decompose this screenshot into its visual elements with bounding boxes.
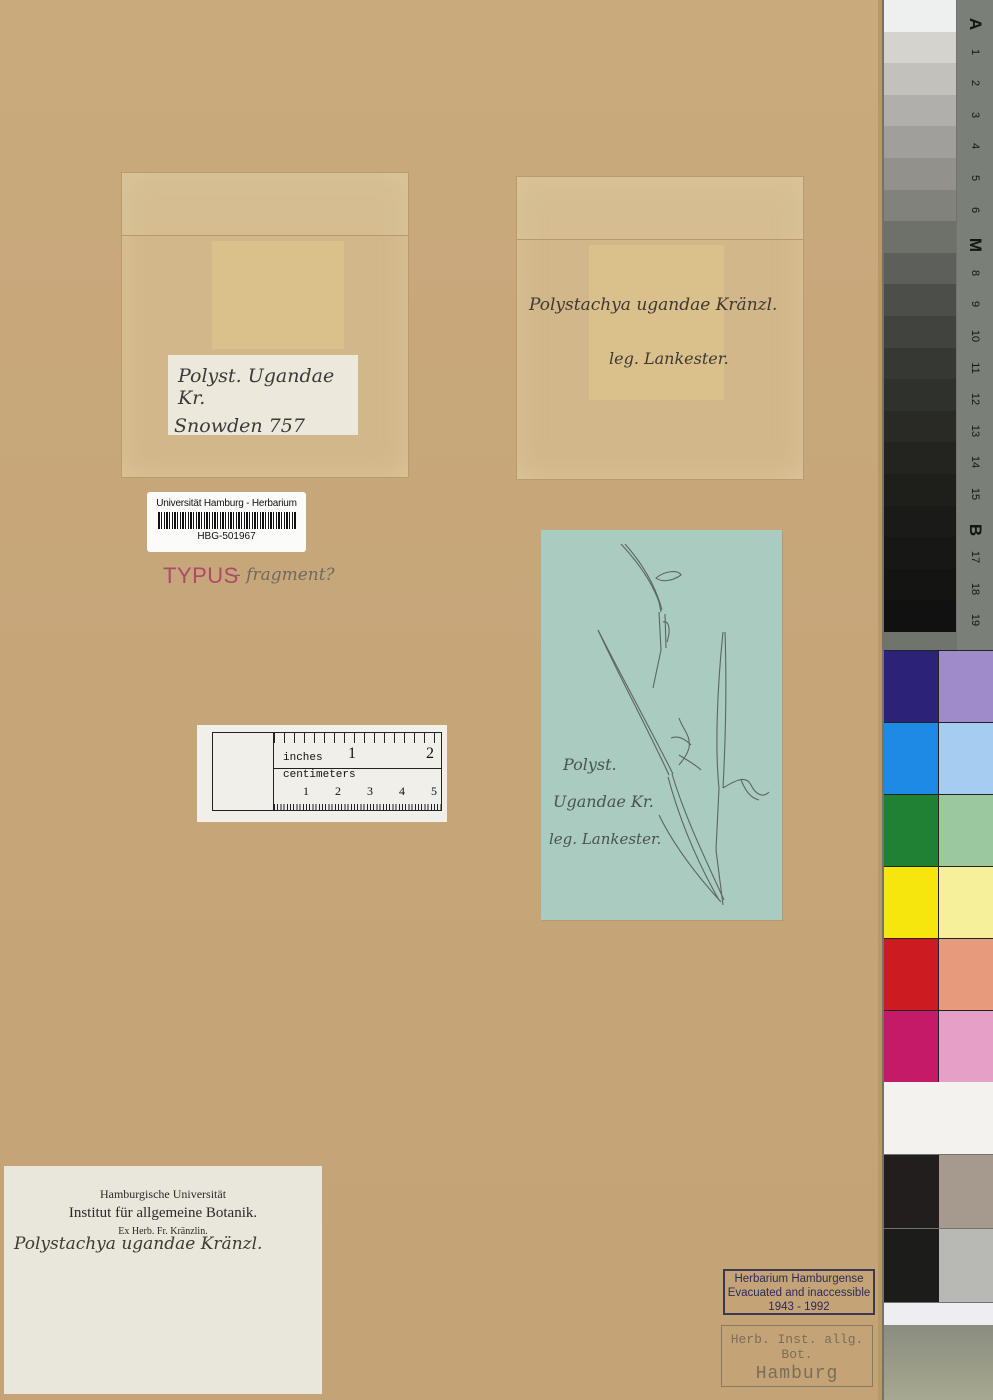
color-patch <box>884 867 939 938</box>
typus-note: - fragment? <box>235 565 335 585</box>
cm-ticks <box>274 804 441 810</box>
color-patch <box>939 1229 993 1302</box>
color-patch <box>939 867 993 938</box>
gray-patch <box>884 32 956 64</box>
scale-label: 2 <box>969 65 981 101</box>
botanical-sketch: Polyst. Ugandae Kr. leg. Lankester. <box>541 530 782 920</box>
color-patch <box>939 1155 993 1228</box>
color-patches <box>884 650 993 1082</box>
envelope-note-line-2: leg. Lankester. <box>609 349 729 368</box>
color-patch <box>939 1011 993 1082</box>
institute-stamp-line-2: Hamburg <box>722 1364 872 1384</box>
gray-patch <box>884 569 956 601</box>
color-patch <box>884 939 939 1010</box>
color-patch-row <box>884 650 993 722</box>
white-strip <box>884 1303 993 1325</box>
color-patch <box>939 723 993 794</box>
institute-handwritten-name: Polystachya ugandae Kränzl. <box>14 1234 262 1254</box>
color-patch-row <box>884 866 993 938</box>
gray-patch <box>884 284 956 316</box>
gray-patch <box>884 316 956 348</box>
ruler-frame: inches 1 2 centimeters 1 2 3 4 5 <box>212 732 442 811</box>
cm-mark-5: 5 <box>431 784 437 799</box>
gray-patch <box>884 221 956 253</box>
sketch-note-line-2: Ugandae Kr. <box>553 792 654 811</box>
envelope-flap <box>517 177 803 240</box>
specimen-envelope-left: Polyst. Ugandae Kr. Snowden 757 <box>121 172 409 478</box>
institute-stamp-line-1: Herb. Inst. allg. Bot. <box>722 1332 872 1362</box>
gray-patch <box>884 126 956 158</box>
envelope-window <box>589 245 724 400</box>
dark-patch-row <box>884 1229 993 1302</box>
scale-label: 19 <box>969 602 981 638</box>
scale-label: 15 <box>969 476 981 512</box>
white-patch <box>884 1082 993 1154</box>
barcode-label: Universität Hamburg - Herbarium HBG-5019… <box>147 492 306 552</box>
inches-label: inches <box>283 752 323 764</box>
gray-patch <box>884 63 956 95</box>
envelope-window <box>212 241 344 349</box>
scale-label: 12 <box>969 381 981 417</box>
gray-patch <box>884 442 956 474</box>
inch-ticks <box>274 733 441 743</box>
sketch-note-line-1: Polyst. <box>563 755 617 774</box>
color-patch-row <box>884 722 993 794</box>
scale-label: 4 <box>969 128 981 164</box>
grayscale-patches <box>884 0 956 632</box>
evacuation-stamp-line-2: Evacuated and inaccessible <box>725 1286 873 1300</box>
color-patch <box>884 795 939 866</box>
envelope-note-line-1: Polystachya ugandae Kränzl. <box>529 295 777 315</box>
barcode-number: HBG-501967 <box>147 531 306 542</box>
evacuation-stamp-line-1: Herbarium Hamburgense <box>725 1272 873 1286</box>
gray-patch <box>884 537 956 569</box>
evacuation-stamp-line-3: 1943 - 1992 <box>725 1300 873 1314</box>
scale-label: 17 <box>969 539 981 575</box>
institute-name: Institut für allgemeine Botanik. <box>4 1205 322 1222</box>
inch-mark-2: 2 <box>426 745 434 763</box>
color-patch <box>884 651 939 722</box>
gray-patch <box>884 506 956 538</box>
color-calibration-chart: A123456M89101112131415B171819 <box>882 0 993 1400</box>
scale-label: 10 <box>969 318 981 354</box>
gray-patch <box>884 379 956 411</box>
scale-label: 9 <box>969 286 981 322</box>
envelope-flap <box>122 173 408 236</box>
gray-patch <box>884 158 956 190</box>
institute-stamp: Herb. Inst. allg. Bot. Hamburg <box>721 1325 873 1387</box>
gray-patch <box>884 411 956 443</box>
evacuation-stamp: Herbarium Hamburgense Evacuated and inac… <box>723 1269 875 1315</box>
scale-ruler: inches 1 2 centimeters 1 2 3 4 5 <box>197 725 447 822</box>
grayscale-labels: A123456M89101112131415B171819 <box>957 0 993 650</box>
color-patch <box>939 939 993 1010</box>
specimen-envelope-right: Polystachya ugandae Kränzl. leg. Lankest… <box>516 176 804 480</box>
gray-patch <box>884 190 956 222</box>
scale-label: 6 <box>969 192 981 228</box>
chart-backing <box>884 1325 993 1400</box>
centimeters-label: centimeters <box>283 769 356 781</box>
color-patch <box>884 1155 939 1228</box>
color-patch <box>939 795 993 866</box>
inch-mark-1: 1 <box>348 745 356 763</box>
cm-mark-1: 1 <box>303 784 309 799</box>
gray-patch <box>884 0 956 32</box>
slip-line-2: Snowden 757 <box>174 415 358 437</box>
color-patch <box>884 1011 939 1082</box>
cm-mark-4: 4 <box>399 784 405 799</box>
institute-label: Hamburgische Universität Institut für al… <box>4 1166 322 1394</box>
envelope-slip-label: Polyst. Ugandae Kr. Snowden 757 <box>168 355 358 435</box>
gray-patch <box>884 95 956 127</box>
orchid-drawing <box>541 530 782 920</box>
color-patch-row <box>884 1010 993 1082</box>
barcode-title: Universität Hamburg - Herbarium <box>147 498 306 509</box>
gray-patch <box>884 348 956 380</box>
slip-line-1: Polyst. Ugandae Kr. <box>178 365 358 409</box>
gray-patch <box>884 600 956 632</box>
cm-mark-3: 3 <box>367 784 373 799</box>
ruler-blank-area <box>213 733 274 810</box>
institute-university: Hamburgische Universität <box>4 1187 322 1202</box>
scale-label: 14 <box>969 444 981 480</box>
gray-patch <box>884 474 956 506</box>
cm-mark-2: 2 <box>335 784 341 799</box>
typus-stamp: TYPUS <box>163 563 239 589</box>
color-patch-row <box>884 794 993 866</box>
color-patch <box>884 723 939 794</box>
sketch-note-line-3: leg. Lankester. <box>549 830 661 848</box>
color-patch-row <box>884 938 993 1010</box>
scale-label: 5 <box>969 160 981 196</box>
color-patch <box>939 651 993 722</box>
barcode-bars <box>158 512 296 529</box>
dark-patch-row <box>884 1155 993 1228</box>
gray-patch <box>884 253 956 285</box>
color-patch <box>884 1229 939 1302</box>
